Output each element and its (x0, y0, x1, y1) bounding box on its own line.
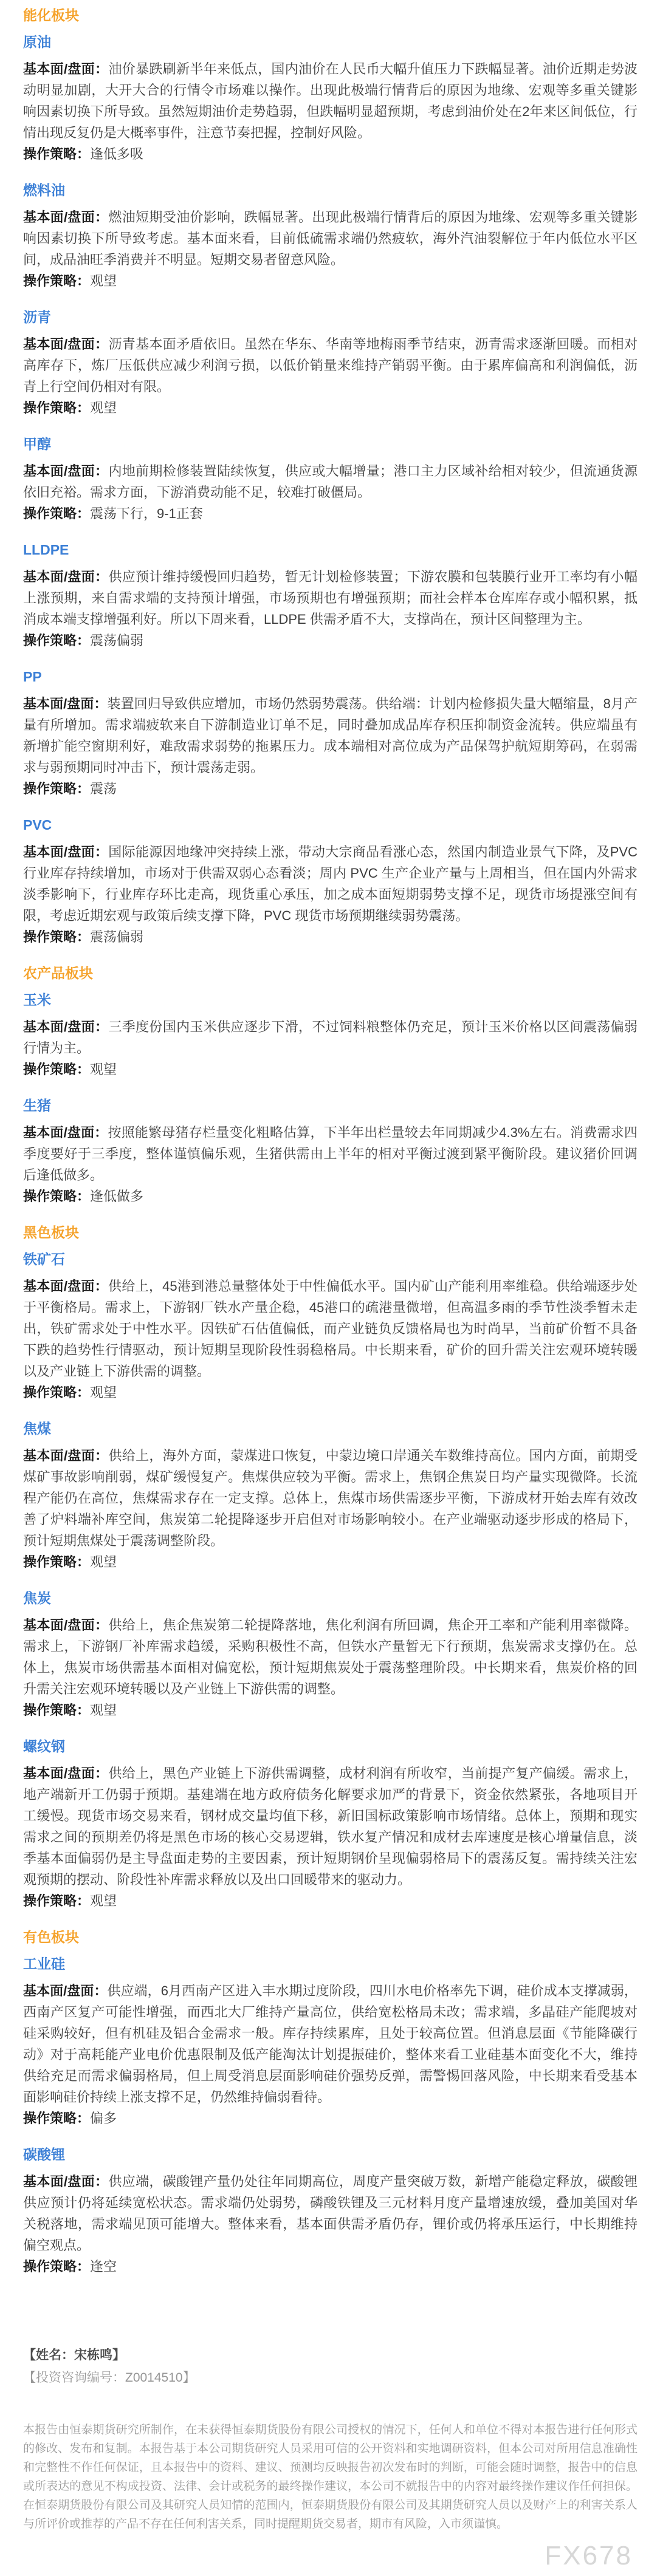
fundamental-label: 基本面/盘面： (23, 1983, 108, 1998)
sector-commodities: 玉米 基本面/盘面：三季度份国内玉米供应逐步下滑，不过饲料粮整体仍充足，预计玉米… (23, 991, 637, 1207)
commodity-title: 碳酸锂 (23, 2145, 637, 2164)
sector-title: 黑色板块 (23, 1223, 637, 1242)
commodity-block: LLDPE 基本面/盘面：供应预计维持缓慢回归趋势，暂无计划检修装置；下游农膜和… (23, 541, 637, 651)
strategy-text: 观望 (90, 1554, 117, 1570)
fundamental-label: 基本面/盘面： (23, 1448, 108, 1463)
strategy-text: 震荡偏弱 (90, 633, 143, 648)
fundamental-label: 基本面/盘面： (23, 1125, 108, 1140)
sector-commodities: 原油 基本面/盘面：油价暴跌刷新半年来低点，国内油价在人民币大幅升值压力下跌幅显… (23, 33, 637, 948)
fundamental-label: 基本面/盘面： (23, 61, 108, 77)
strategy-text: 观望 (90, 273, 117, 289)
commodity-strategy: 操作策略：震荡 (23, 778, 637, 799)
sector-title: 农产品板块 (23, 964, 637, 982)
fundamental-label: 基本面/盘面： (23, 463, 108, 479)
commodity-block: 碳酸锂 基本面/盘面：供应端，碳酸锂产量仍处往年同期高位，周度产量突破万数，新增… (23, 2145, 637, 2277)
fundamental-text: 国际能源因地缘冲突持续上涨，带动大宗商品看涨心态，然国内制造业景气下降，及PVC… (23, 844, 637, 923)
strategy-text: 逢低多吸 (90, 146, 143, 162)
commodity-title: 焦炭 (23, 1589, 637, 1607)
fundamental-text: 供给上，黑色产业链上下游供需调整，成材利润有所收窄，当前提产复产偏缓。需求上，地… (23, 1766, 637, 1887)
commodity-block: PP 基本面/盘面：装置回归导致供应增加，市场仍然弱势震荡。供给端：计划内检修损… (23, 668, 637, 799)
strategy-text: 震荡下行，9-1正套 (90, 506, 203, 521)
fundamental-label: 基本面/盘面： (23, 569, 108, 584)
commodity-block: 工业硅 基本面/盘面：供应端，6月西南产区进入丰水期过度阶段，四川水电价格率先下… (23, 1955, 637, 2129)
sector-title: 能化板块 (23, 6, 637, 24)
fundamental-label: 基本面/盘面： (23, 1279, 108, 1294)
strategy-label: 操作策略： (23, 1703, 90, 1718)
fundamental-label: 基本面/盘面： (23, 844, 108, 859)
commodity-analysis: 基本面/盘面：供应端，碳酸锂产量仍处往年同期高位，周度产量突破万数，新增产能稳定… (23, 2171, 637, 2256)
fundamental-label: 基本面/盘面： (23, 337, 108, 352)
fundamental-text: 装置回归导致供应增加，市场仍然弱势震荡。供给端：计划内检修损失量大幅缩量，8月产… (23, 696, 637, 775)
fundamental-label: 基本面/盘面： (23, 1019, 108, 1034)
commodity-title: PP (23, 668, 637, 686)
commodity-strategy: 操作策略：震荡偏弱 (23, 926, 637, 948)
author-name: 【姓名：宋栋鸣】 (23, 2344, 637, 2366)
author-block: 【姓名：宋栋鸣】 【投资咨询编号：Z0014510】 (23, 2344, 637, 2389)
fundamental-text: 供给上，45港到港总量整体处于中性偏低水平。国内矿山产能利用率维稳。供给端逐步处… (23, 1279, 637, 1379)
strategy-label: 操作策略： (23, 400, 90, 415)
fx678-watermark: FX678 (545, 2541, 633, 2571)
commodity-strategy: 操作策略：逢低做多 (23, 1186, 637, 1207)
fundamental-text: 油价暴跌刷新半年来低点，国内油价在人民币大幅升值压力下跌幅显著。油价近期走势波动… (23, 61, 637, 140)
fundamental-text: 供给上，焦企焦炭第二轮提降落地，焦化利润有所回调，焦企开工率和产能利用率微降。需… (23, 1618, 637, 1696)
commodity-title: PVC (23, 816, 637, 834)
commodity-title: 铁矿石 (23, 1250, 637, 1268)
commodity-analysis: 基本面/盘面：燃油短期受油价影响，跌幅显著。出现此极端行情背后的原因为地缘、宏观… (23, 207, 637, 270)
fundamental-label: 基本面/盘面： (23, 1766, 108, 1781)
commodity-analysis: 基本面/盘面：装置回归导致供应增加，市场仍然弱势震荡。供给端：计划内检修损失量大… (23, 693, 637, 778)
commodity-title: 燃料油 (23, 181, 637, 199)
commodity-title: 沥青 (23, 308, 637, 326)
fundamental-text: 供给上，海外方面，蒙煤进口恢复，中蒙边境口岸通关车数维持高位。国内方面，前期受煤… (23, 1448, 637, 1548)
fundamental-text: 供应预计维持缓慢回归趋势，暂无计划检修装置；下游农膜和包装膜行业开工率均有小幅上… (23, 569, 637, 627)
commodity-title: 甲醇 (23, 435, 637, 453)
fundamental-text: 供应端，6月西南产区进入丰水期过度阶段，四川水电价格率先下调，硅价成本支撑减弱，… (23, 1983, 637, 2105)
commodity-title: 生猪 (23, 1096, 637, 1115)
sector-section: 农产品板块 玉米 基本面/盘面：三季度份国内玉米供应逐步下滑，不过饲料粮整体仍充… (23, 964, 637, 1207)
strategy-text: 观望 (90, 1062, 117, 1077)
commodity-analysis: 基本面/盘面：三季度份国内玉米供应逐步下滑，不过饲料粮整体仍充足，预计玉米价格以… (23, 1016, 637, 1059)
fundamental-text: 供应端，碳酸锂产量仍处往年同期高位，周度产量突破万数，新增产能稳定释放，碳酸锂供… (23, 2174, 637, 2253)
strategy-label: 操作策略： (23, 273, 90, 289)
commodity-block: 燃料油 基本面/盘面：燃油短期受油价影响，跌幅显著。出现此极端行情背后的原因为地… (23, 181, 637, 292)
commodity-strategy: 操作策略：观望 (23, 1700, 637, 1721)
strategy-label: 操作策略： (23, 146, 90, 162)
strategy-text: 震荡 (90, 781, 117, 796)
commodity-strategy: 操作策略：偏多 (23, 2108, 637, 2129)
commodity-block: 焦煤 基本面/盘面：供给上，海外方面，蒙煤进口恢复，中蒙边境口岸通关车数维持高位… (23, 1420, 637, 1573)
strategy-text: 偏多 (90, 2111, 117, 2126)
strategy-text: 震荡偏弱 (90, 929, 143, 945)
sector-section: 能化板块 原油 基本面/盘面：油价暴跌刷新半年来低点，国内油价在人民币大幅升值压… (23, 6, 637, 948)
sector-commodities: 铁矿石 基本面/盘面：供给上，45港到港总量整体处于中性偏低水平。国内矿山产能利… (23, 1250, 637, 1912)
commodity-block: 铁矿石 基本面/盘面：供给上，45港到港总量整体处于中性偏低水平。国内矿山产能利… (23, 1250, 637, 1403)
commodity-strategy: 操作策略：震荡下行，9-1正套 (23, 503, 637, 524)
commodity-analysis: 基本面/盘面：沥青基本面矛盾依旧。虽然在华东、华南等地梅雨季节结束，沥青需求逐渐… (23, 333, 637, 397)
commodity-strategy: 操作策略：观望 (23, 1059, 637, 1080)
fundamental-label: 基本面/盘面： (23, 1618, 108, 1633)
commodity-block: 甲醇 基本面/盘面：内地前期检修装置陆续恢复，供应或大幅增量；港口主力区域补给相… (23, 435, 637, 524)
commodity-strategy: 操作策略：观望 (23, 1551, 637, 1573)
commodity-block: 焦炭 基本面/盘面：供给上，焦企焦炭第二轮提降落地，焦化利润有所回调，焦企开工率… (23, 1589, 637, 1721)
strategy-label: 操作策略： (23, 1062, 90, 1077)
commodity-title: 螺纹钢 (23, 1737, 637, 1755)
author-license-number: 【投资咨询编号：Z0014510】 (23, 2366, 637, 2389)
strategy-label: 操作策略： (23, 1385, 90, 1400)
sector-section: 有色板块 工业硅 基本面/盘面：供应端，6月西南产区进入丰水期过度阶段，四川水电… (23, 1928, 637, 2277)
fundamental-label: 基本面/盘面： (23, 2174, 108, 2189)
strategy-label: 操作策略： (23, 1554, 90, 1570)
fundamental-text: 内地前期检修装置陆续恢复，供应或大幅增量；港口主力区域补给相对较少，但流通货源依… (23, 463, 637, 500)
fundamental-text: 沥青基本面矛盾依旧。虽然在华东、华南等地梅雨季节结束，沥青需求逐渐回暖。而相对高… (23, 337, 637, 394)
commodity-analysis: 基本面/盘面：供给上，焦企焦炭第二轮提降落地，焦化利润有所回调，焦企开工率和产能… (23, 1614, 637, 1700)
commodity-analysis: 基本面/盘面：供给上，海外方面，蒙煤进口恢复，中蒙边境口岸通关车数维持高位。国内… (23, 1445, 637, 1551)
commodity-title: 焦煤 (23, 1420, 637, 1438)
strategy-text: 观望 (90, 1893, 117, 1908)
disclaimer-text: 本报告由恒泰期货研究所制作，在未获得恒泰期货股份有限公司授权的情况下，任何人和单… (23, 2421, 637, 2533)
commodity-block: 生猪 基本面/盘面：按照能繁母猪存栏量变化粗略估算，下半年出栏量较去年同期减少4… (23, 1096, 637, 1207)
fundamental-text: 三季度份国内玉米供应逐步下滑，不过饲料粮整体仍充足，预计玉米价格以区间震荡偏弱行… (23, 1019, 637, 1056)
fundamental-label: 基本面/盘面： (23, 696, 108, 711)
strategy-label: 操作策略： (23, 2259, 90, 2274)
strategy-label: 操作策略： (23, 2111, 90, 2126)
commodity-strategy: 操作策略：逢空 (23, 2256, 637, 2277)
commodity-strategy: 操作策略：观望 (23, 397, 637, 419)
strategy-label: 操作策略： (23, 1893, 90, 1908)
strategy-label: 操作策略： (23, 633, 90, 648)
strategy-text: 观望 (90, 1385, 117, 1400)
strategy-label: 操作策略： (23, 506, 90, 521)
commodity-analysis: 基本面/盘面：油价暴跌刷新半年来低点，国内油价在人民币大幅升值压力下跌幅显著。油… (23, 58, 637, 143)
commodity-block: 原油 基本面/盘面：油价暴跌刷新半年来低点，国内油价在人民币大幅升值压力下跌幅显… (23, 33, 637, 165)
strategy-label: 操作策略： (23, 929, 90, 945)
commodity-block: 螺纹钢 基本面/盘面：供给上，黑色产业链上下游供需调整，成材利润有所收窄，当前提… (23, 1737, 637, 1912)
commodity-analysis: 基本面/盘面：按照能繁母猪存栏量变化粗略估算，下半年出栏量较去年同期减少4.3%… (23, 1122, 637, 1186)
commodity-title: 玉米 (23, 991, 637, 1009)
sector-section: 黑色板块 铁矿石 基本面/盘面：供给上，45港到港总量整体处于中性偏低水平。国内… (23, 1223, 637, 1912)
commodity-analysis: 基本面/盘面：国际能源因地缘冲突持续上涨，带动大宗商品看涨心态，然国内制造业景气… (23, 841, 637, 926)
commodity-analysis: 基本面/盘面：供给上，45港到港总量整体处于中性偏低水平。国内矿山产能利用率维稳… (23, 1276, 637, 1382)
strategy-text: 观望 (90, 1703, 117, 1718)
commodity-analysis: 基本面/盘面：供应预计维持缓慢回归趋势，暂无计划检修装置；下游农膜和包装膜行业开… (23, 566, 637, 630)
strategy-label: 操作策略： (23, 1189, 90, 1204)
commodity-block: 沥青 基本面/盘面：沥青基本面矛盾依旧。虽然在华东、华南等地梅雨季节结束，沥青需… (23, 308, 637, 419)
fundamental-text: 燃油短期受油价影响，跌幅显著。出现此极端行情背后的原因为地缘、宏观等多重关键影响… (23, 210, 637, 267)
commodity-analysis: 基本面/盘面：内地前期检修装置陆续恢复，供应或大幅增量；港口主力区域补给相对较少… (23, 460, 637, 503)
commodity-block: 玉米 基本面/盘面：三季度份国内玉米供应逐步下滑，不过饲料粮整体仍充足，预计玉米… (23, 991, 637, 1080)
commodity-analysis: 基本面/盘面：供应端，6月西南产区进入丰水期过度阶段，四川水电价格率先下调，硅价… (23, 1980, 637, 2108)
strategy-text: 逢空 (90, 2259, 117, 2274)
strategy-text: 逢低做多 (90, 1189, 143, 1204)
commodity-strategy: 操作策略：观望 (23, 1890, 637, 1912)
strategy-text: 观望 (90, 400, 117, 415)
commodity-block: PVC 基本面/盘面：国际能源因地缘冲突持续上涨，带动大宗商品看涨心态，然国内制… (23, 816, 637, 948)
fundamental-text: 按照能繁母猪存栏量变化粗略估算，下半年出栏量较去年同期减少4.3%左右。消费需求… (23, 1125, 637, 1183)
report-body: 能化板块 原油 基本面/盘面：油价暴跌刷新半年来低点，国内油价在人民币大幅升值压… (23, 6, 637, 2277)
commodity-strategy: 操作策略：观望 (23, 1382, 637, 1403)
strategy-label: 操作策略： (23, 781, 90, 796)
report-page: 能化板块 原油 基本面/盘面：油价暴跌刷新半年来低点，国内油价在人民币大幅升值压… (0, 0, 646, 2576)
sector-title: 有色板块 (23, 1928, 637, 1946)
commodity-title: LLDPE (23, 541, 637, 559)
commodity-strategy: 操作策略：逢低多吸 (23, 143, 637, 165)
sector-commodities: 工业硅 基本面/盘面：供应端，6月西南产区进入丰水期过度阶段，四川水电价格率先下… (23, 1955, 637, 2277)
commodity-strategy: 操作策略：观望 (23, 270, 637, 292)
fundamental-label: 基本面/盘面： (23, 210, 108, 225)
commodity-strategy: 操作策略：震荡偏弱 (23, 630, 637, 651)
commodity-title: 工业硅 (23, 1955, 637, 1973)
commodity-title: 原油 (23, 33, 637, 51)
commodity-analysis: 基本面/盘面：供给上，黑色产业链上下游供需调整，成材利润有所收窄，当前提产复产偏… (23, 1763, 637, 1890)
